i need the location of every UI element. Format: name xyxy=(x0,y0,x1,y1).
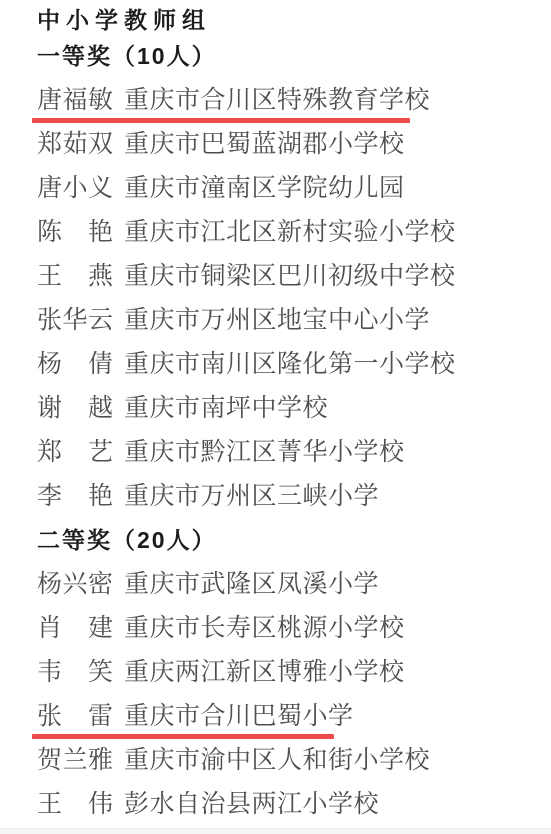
winner-name: 郑茹双 xyxy=(37,131,124,159)
winner-name: 张 雷 xyxy=(37,703,124,731)
winner-row: 张 雷 重庆市合川巴蜀小学 xyxy=(37,703,551,747)
winner-school: 彭水自治县两江小学校 xyxy=(124,791,379,819)
winner-school: 重庆市黔江区菁华小学校 xyxy=(124,439,405,467)
winner-row: 张华云 重庆市万州区地宝中心小学 xyxy=(37,307,551,351)
winner-rows: 杨兴密 重庆市武隆区凤溪小学 肖 建 重庆市长寿区桃源小学校 韦 笑 xyxy=(37,571,551,834)
red-highlight-underline xyxy=(32,118,410,123)
winner-school: 重庆市武隆区凤溪小学 xyxy=(124,571,379,599)
red-highlight-underline xyxy=(32,734,334,739)
winner-name: 杨 倩 xyxy=(37,351,124,379)
sections-container: 一等奖（10人） 唐福敏 重庆市合川区特殊教育学校 郑茹双 重庆市巴蜀蓝湖郡小学… xyxy=(37,43,551,834)
winner-name: 韦 笑 xyxy=(37,659,124,687)
winner-rows: 唐福敏 重庆市合川区特殊教育学校 郑茹双 重庆市巴蜀蓝湖郡小学校 唐小义 xyxy=(37,87,551,527)
winner-row: 杨 倩 重庆市南川区隆化第一小学校 xyxy=(37,351,551,395)
winner-row: 王 燕 重庆市铜梁区巴川初级中学校 xyxy=(37,263,551,307)
winner-school: 重庆市巴蜀蓝湖郡小学校 xyxy=(124,131,405,159)
winner-row: 贺兰雅 重庆市渝中区人和街小学校 xyxy=(37,747,551,791)
winner-school: 重庆市合川区特殊教育学校 xyxy=(124,87,430,115)
award-section: 一等奖（10人） 唐福敏 重庆市合川区特殊教育学校 郑茹双 重庆市巴蜀蓝湖郡小学… xyxy=(37,43,551,527)
winner-row: 李 艳 重庆市万州区三峡小学 xyxy=(37,483,551,527)
winner-row: 郑茹双 重庆市巴蜀蓝湖郡小学校 xyxy=(37,131,551,175)
winner-school: 重庆市南川区隆化第一小学校 xyxy=(124,351,456,379)
winner-school: 重庆市合川巴蜀小学 xyxy=(124,703,354,731)
winner-row: 陈 艳 重庆市江北区新村实验小学校 xyxy=(37,219,551,263)
winner-row: 肖 建 重庆市长寿区桃源小学校 xyxy=(37,615,551,659)
winner-name: 李 艳 xyxy=(37,483,124,511)
page-title: 中小学教师组 xyxy=(37,8,551,32)
winner-school: 重庆市铜梁区巴川初级中学校 xyxy=(124,263,456,291)
winner-name: 贺兰雅 xyxy=(37,747,124,775)
winner-name: 陈 艳 xyxy=(37,219,124,247)
winner-name: 唐小义 xyxy=(37,175,124,203)
screenshot-bottom-edge xyxy=(0,828,551,834)
winner-school: 重庆市南坪中学校 xyxy=(124,395,328,423)
winner-name: 杨兴密 xyxy=(37,571,124,599)
winner-school: 重庆市潼南区学院幼儿园 xyxy=(124,175,405,203)
winner-school: 重庆市长寿区桃源小学校 xyxy=(124,615,405,643)
winner-name: 王 燕 xyxy=(37,263,124,291)
winner-name: 张华云 xyxy=(37,307,124,335)
winner-row: 郑 艺 重庆市黔江区菁华小学校 xyxy=(37,439,551,483)
winner-row: 唐小义 重庆市潼南区学院幼儿园 xyxy=(37,175,551,219)
section-heading: 二等奖（20人） xyxy=(37,527,551,571)
winner-school: 重庆市万州区地宝中心小学 xyxy=(124,307,430,335)
section-heading: 一等奖（10人） xyxy=(37,43,551,87)
winner-row: 唐福敏 重庆市合川区特殊教育学校 xyxy=(37,87,551,131)
winner-name: 谢 越 xyxy=(37,395,124,423)
winner-school: 重庆市万州区三峡小学 xyxy=(124,483,379,511)
winner-name: 肖 建 xyxy=(37,615,124,643)
winner-row: 杨兴密 重庆市武隆区凤溪小学 xyxy=(37,571,551,615)
winner-name: 郑 艺 xyxy=(37,439,124,467)
winner-row: 谢 越 重庆市南坪中学校 xyxy=(37,395,551,439)
winner-name: 唐福敏 xyxy=(37,87,124,115)
award-section: 二等奖（20人） 杨兴密 重庆市武隆区凤溪小学 肖 建 重庆市长寿区桃源小学校 xyxy=(37,527,551,834)
award-list-document: 中小学教师组 一等奖（10人） 唐福敏 重庆市合川区特殊教育学校 郑茹双 xyxy=(0,0,551,834)
winner-row: 韦 笑 重庆两江新区博雅小学校 xyxy=(37,659,551,703)
winner-school: 重庆两江新区博雅小学校 xyxy=(124,659,405,687)
winner-school: 重庆市渝中区人和街小学校 xyxy=(124,747,430,775)
winner-name: 王 伟 xyxy=(37,791,124,819)
winner-school: 重庆市江北区新村实验小学校 xyxy=(124,219,456,247)
